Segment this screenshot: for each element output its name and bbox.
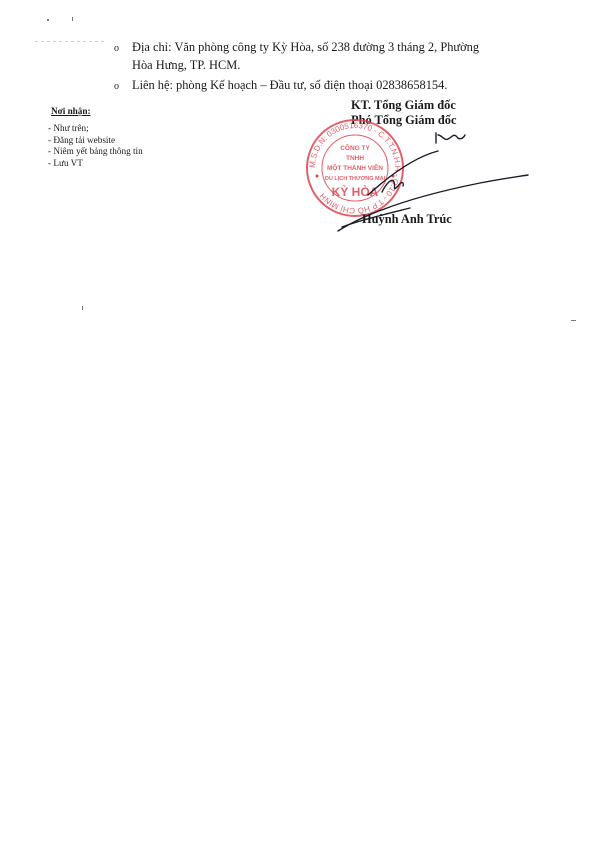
recipients-list: - Như trên; - Đăng tải website - Niêm yế… xyxy=(48,123,143,169)
recipient-item: - Đăng tải website xyxy=(48,135,143,147)
address-line-1: Địa chỉ: Văn phòng công ty Kỳ Hòa, số 23… xyxy=(132,40,479,54)
scan-speck xyxy=(47,19,49,21)
signer-name: Huỳnh Anh Trúc xyxy=(362,212,452,227)
scan-line xyxy=(35,41,105,42)
address-line-2: Hòa Hưng, TP. HCM. xyxy=(132,58,240,72)
scan-speck xyxy=(571,320,576,321)
recipient-item: - Niêm yết bảng thông tin xyxy=(48,146,143,158)
recipients-title: Nơi nhận: xyxy=(51,106,91,116)
hollow-circle-bullet-icon: o xyxy=(114,41,132,57)
hollow-circle-bullet-icon: o xyxy=(114,79,132,95)
bullet-item-contact: oLiên hệ: phòng Kế hoạch – Đầu tư, số đi… xyxy=(114,77,447,95)
signature-title-1: KT. Tổng Giám đốc xyxy=(351,98,456,113)
scan-speck xyxy=(82,306,83,310)
recipient-item: - Lưu VT xyxy=(48,158,143,170)
bullet-item-address-cont: Hòa Hưng, TP. HCM. xyxy=(132,57,240,73)
bullet-item-address: oĐịa chỉ: Văn phòng công ty Kỳ Hòa, số 2… xyxy=(114,39,479,57)
contact-line: Liên hệ: phòng Kế hoạch – Đầu tư, số điệ… xyxy=(132,78,447,92)
recipient-item: - Như trên; xyxy=(48,123,143,135)
scan-speck xyxy=(72,17,73,21)
